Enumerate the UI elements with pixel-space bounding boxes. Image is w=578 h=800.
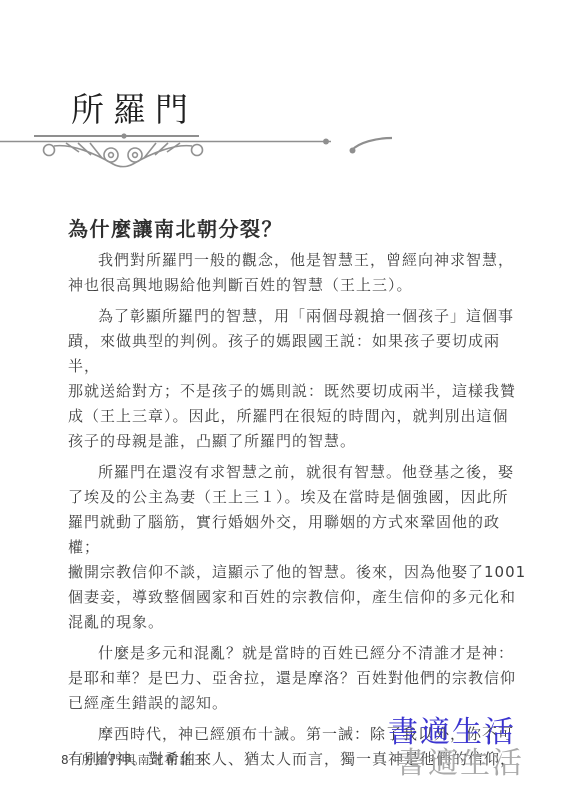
paragraph-2: 為了彰顯所羅門的智慧，用「兩個母親搶一個孩子」這個事 蹟，來做典型的判例。孩子的…	[68, 304, 528, 454]
page-footer: 8 所羅門與南北朝諸王	[61, 751, 208, 768]
paragraph-3: 所羅門在還沒有求智慧之前，就很有智慧。他登基之後，娶 了埃及的公主為妻（王上三１…	[68, 460, 528, 635]
section-heading: 為什麼讓南北朝分裂？	[68, 213, 283, 242]
footer-book-title: 所羅門與南北朝諸王	[82, 751, 208, 768]
book-page: 所羅門	[0, 0, 578, 800]
ornamental-divider	[0, 126, 578, 178]
ornamental-divider-graphic	[0, 126, 578, 178]
body-text: 我們對所羅門一般的觀念，他是智慧王，曾經向神求智慧， 神也很高興地賜給他判斷百姓…	[68, 248, 528, 778]
chapter-title: 所羅門	[71, 84, 197, 131]
paragraph-4: 什麼是多元和混亂？就是當時的百姓已經分不清誰才是神： 是耶和華？是巴力、亞舍拉，…	[68, 641, 528, 716]
paragraph-1: 我們對所羅門一般的觀念，他是智慧王，曾經向神求智慧， 神也很高興地賜給他判斷百姓…	[68, 248, 528, 298]
page-number: 8	[61, 753, 69, 767]
